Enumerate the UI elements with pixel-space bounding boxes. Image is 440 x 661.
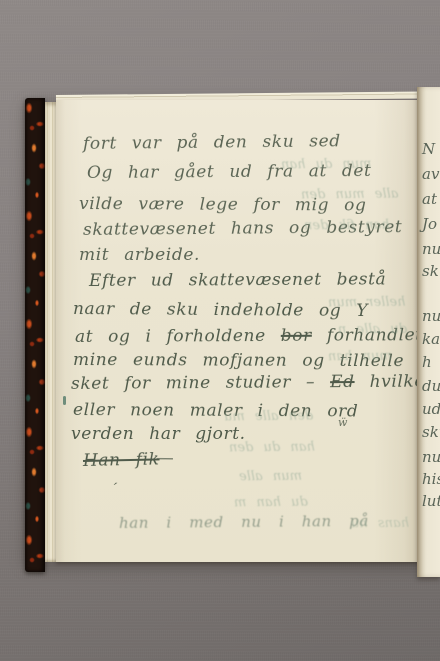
partial-line-start: du: [422, 377, 440, 395]
show-through-text: han du den: [229, 440, 315, 456]
partial-line-start: sku: [422, 423, 440, 441]
facing-page-sliver: N av at Jo nu sk nu ka h du ud sku nu hi…: [417, 87, 440, 577]
crossed-out-words: Han fik: [83, 449, 173, 471]
handwriting-line: fort var på den sku sed: [83, 131, 341, 154]
show-through-text: i hans nu: [351, 516, 423, 532]
notebook-photo: fort var på den sku sed Og har gået ud f…: [0, 0, 440, 661]
handwriting-line: naar de sku indeholde og Y: [73, 299, 368, 321]
handwriting-line: sket for mine studier – Ed hvilket: [71, 371, 433, 394]
partial-line-start: at: [422, 190, 437, 208]
show-through-text: den alle mu: [224, 409, 313, 425]
partial-line-start: nu: [422, 448, 440, 466]
faint-handwriting-line: han i med nu i han på: [119, 512, 369, 532]
show-through-text: han fik den: [304, 218, 390, 234]
handwriting-line: eller noen maler i den ord: [73, 400, 358, 421]
show-through-text: heller mun: [328, 295, 406, 311]
line-text: sket for mine studier –: [71, 372, 315, 394]
partial-line-start: ud: [422, 400, 440, 418]
partial-line-start: sk: [422, 262, 439, 280]
handwriting-line: Efter ud skattevæsenet bestå: [89, 269, 386, 291]
partial-line-start: nu: [422, 240, 440, 258]
show-through-text: alle mun den: [301, 187, 399, 203]
partial-line-start: his: [422, 470, 440, 488]
left-page: fort var på den sku sed Og har gået ud f…: [56, 100, 420, 562]
show-through-text: mun alle: [239, 469, 302, 485]
partial-line-start: h: [422, 353, 432, 371]
pen-tick-mark: ˏ: [113, 468, 119, 487]
handwriting-line: mit arbeide.: [79, 245, 200, 265]
handwriting-line: verden har gjort.: [71, 424, 246, 444]
show-through-text: du han m: [234, 495, 308, 511]
line-text: at og i forholdene: [75, 326, 266, 347]
partial-line-start: Jo: [422, 215, 437, 233]
ditto-mark: ẅ: [338, 416, 348, 429]
show-through-text: mun han: [328, 349, 392, 365]
marbled-spine: [25, 98, 45, 572]
show-through-text: mun du han: [281, 157, 372, 173]
struck-word: Han fik: [83, 449, 160, 471]
partial-line-start: av: [422, 165, 439, 183]
partial-line-start: nu: [422, 307, 440, 325]
ink-fleck: [63, 396, 66, 405]
partial-line-start: ka: [422, 330, 440, 348]
partial-line-start: lut: [422, 492, 440, 510]
struck-word: Ed: [330, 372, 355, 392]
show-through-text: du alle n: [338, 322, 407, 338]
struck-word: bor: [281, 326, 312, 346]
partial-line-start: N: [422, 140, 435, 158]
